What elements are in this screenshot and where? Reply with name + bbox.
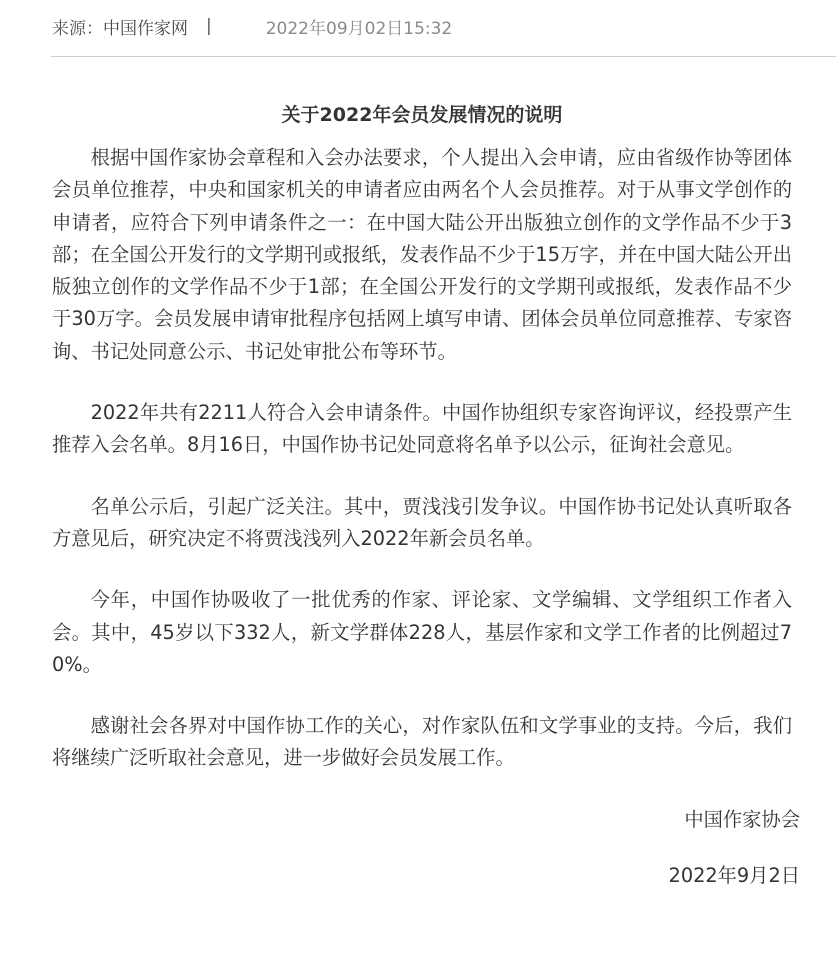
- source-value: 中国作家网: [103, 14, 188, 39]
- article-title: 关于2022年会员发展情况的说明: [52, 98, 792, 132]
- header-divider: [51, 56, 836, 57]
- paragraph-new-members: 今年，中国作协吸收了一批优秀的作家、评论家、文学编辑、文学组织工作者入会。其中，…: [52, 584, 792, 681]
- paragraph-thanks: 感谢社会各界对中国作协工作的关心，对作家队伍和文学事业的支持。今后，我们将继续广…: [52, 710, 792, 775]
- signature-date: 2022年9月2日: [52, 860, 800, 892]
- signature-organization: 中国作家协会: [52, 804, 800, 836]
- paragraph-membership-rules: 根据中国作家协会章程和入会办法要求，个人提出入会申请，应由省级作协等团体会员单位…: [52, 142, 792, 368]
- source-label: 来源：: [52, 14, 103, 39]
- meta-separator: |: [206, 16, 212, 36]
- article-body: 关于2022年会员发展情况的说明 根据中国作家协会章程和入会办法要求，个人提出入…: [52, 98, 792, 892]
- publish-datetime: 2022年09月02日15:32: [266, 14, 453, 39]
- paragraph-applicants-2022: 2022年共有2211人符合入会申请条件。中国作协组织专家咨询评议，经投票产生推…: [52, 397, 792, 462]
- article-meta: 来源： 中国作家网 | 2022年09月02日15:32: [52, 12, 452, 40]
- paragraph-decision: 名单公示后，引起广泛关注。其中，贾浅浅引发争议。中国作协书记处认真听取各方意见后…: [52, 491, 792, 556]
